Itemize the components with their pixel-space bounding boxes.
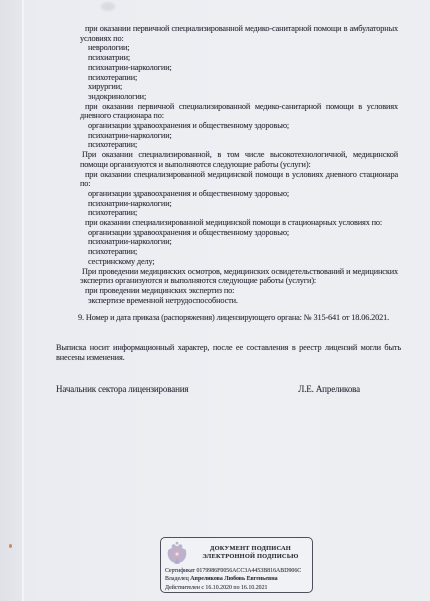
stamp-validity-line: Действителен с 16.10.2020 по 16.10.2021	[165, 584, 308, 592]
order-number-item: 9. Номер и дата приказа (распоряжения) л…	[78, 313, 398, 323]
body-paragraph: психиатрии-наркологии;	[88, 237, 398, 247]
owner-label: Владелец	[165, 576, 189, 582]
body-paragraph: психиатрии-наркологии;	[88, 199, 398, 209]
body-paragraph: психиатрии;	[88, 53, 398, 63]
stamp-title-line2: ЭЛЕКТРОННОЙ ПОДПИСЬЮ	[193, 553, 308, 561]
scan-artifact-dot	[9, 544, 12, 548]
stamp-title-line1: ДОКУМЕНТ ПОДПИСАН	[193, 545, 308, 553]
body-paragraph: организации здравоохранения и общественн…	[88, 121, 398, 131]
body-paragraph: При проведении медицинских осмотров, мед…	[80, 267, 398, 286]
body-paragraph: психотерапии;	[88, 140, 398, 150]
signatory-name: Л.Е. Апреликова	[298, 385, 360, 395]
body-paragraph: психотерапии;	[88, 247, 398, 257]
document-content: при оказании первичной специализированно…	[56, 24, 401, 394]
body-paragraph: неврологии;	[88, 43, 398, 53]
owner-name: Апреликова Любовь Евгеньевна	[190, 576, 277, 582]
body-paragraph: психиатрии-наркологии;	[88, 63, 398, 73]
body-paragraph: эндокринологии;	[88, 92, 398, 102]
body-paragraph: При оказании специализированной, в том ч…	[80, 150, 398, 169]
body-paragraph: организации здравоохранения и общественн…	[88, 189, 398, 199]
body-paragraph: сестринскому делу;	[88, 257, 398, 267]
certificate-number: 0179986F0056ACC3A4453B816ABD906C	[196, 568, 301, 574]
coat-of-arms-icon	[165, 541, 189, 566]
body-paragraph: при оказании первичной специализированно…	[80, 102, 398, 121]
body-paragraph: психотерапии;	[88, 208, 398, 218]
body-paragraph: психиатрии-наркологии;	[88, 131, 398, 141]
signatory-title: Начальник сектора лицензирования	[56, 385, 188, 395]
body-paragraph: экспертизе временной нетрудоспособности.	[88, 296, 398, 306]
scanned-license-page: при оказании первичной специализированно…	[0, 0, 430, 601]
certificate-label: Сертификат	[165, 568, 195, 574]
body-paragraph: при оказании первичной специализированно…	[80, 24, 398, 43]
body-paragraph: при проведении медицинских экспертиз по:	[80, 286, 398, 296]
stamp-certificate-line: Сертификат 0179986F0056ACC3A4453B816ABD9…	[165, 567, 308, 575]
digital-signature-stamp: ДОКУМЕНТ ПОДПИСАН ЭЛЕКТРОННОЙ ПОДПИСЬЮ С…	[160, 537, 313, 593]
stamp-title: ДОКУМЕНТ ПОДПИСАН ЭЛЕКТРОННОЙ ПОДПИСЬЮ	[193, 545, 308, 561]
info-note: Выписка носит информационный характер, п…	[56, 343, 401, 362]
license-works-list: при оказании первичной специализированно…	[80, 24, 398, 305]
scan-smudge	[101, 2, 115, 11]
body-paragraph: при оказании специализированной медицинс…	[80, 218, 398, 228]
body-paragraph: организации здравоохранения и общественн…	[88, 228, 398, 238]
page-left-edge	[0, 0, 24, 601]
body-paragraph: хирургии;	[88, 82, 398, 92]
stamp-owner-line: Владелец Апреликова Любовь Евгеньевна	[165, 575, 308, 583]
body-paragraph: при оказании специализированной медицинс…	[80, 170, 398, 189]
signature-row: Начальник сектора лицензирования Л.Е. Ап…	[56, 385, 398, 395]
body-paragraph: психотерапии;	[88, 73, 398, 83]
stamp-header: ДОКУМЕНТ ПОДПИСАН ЭЛЕКТРОННОЙ ПОДПИСЬЮ	[165, 541, 308, 565]
